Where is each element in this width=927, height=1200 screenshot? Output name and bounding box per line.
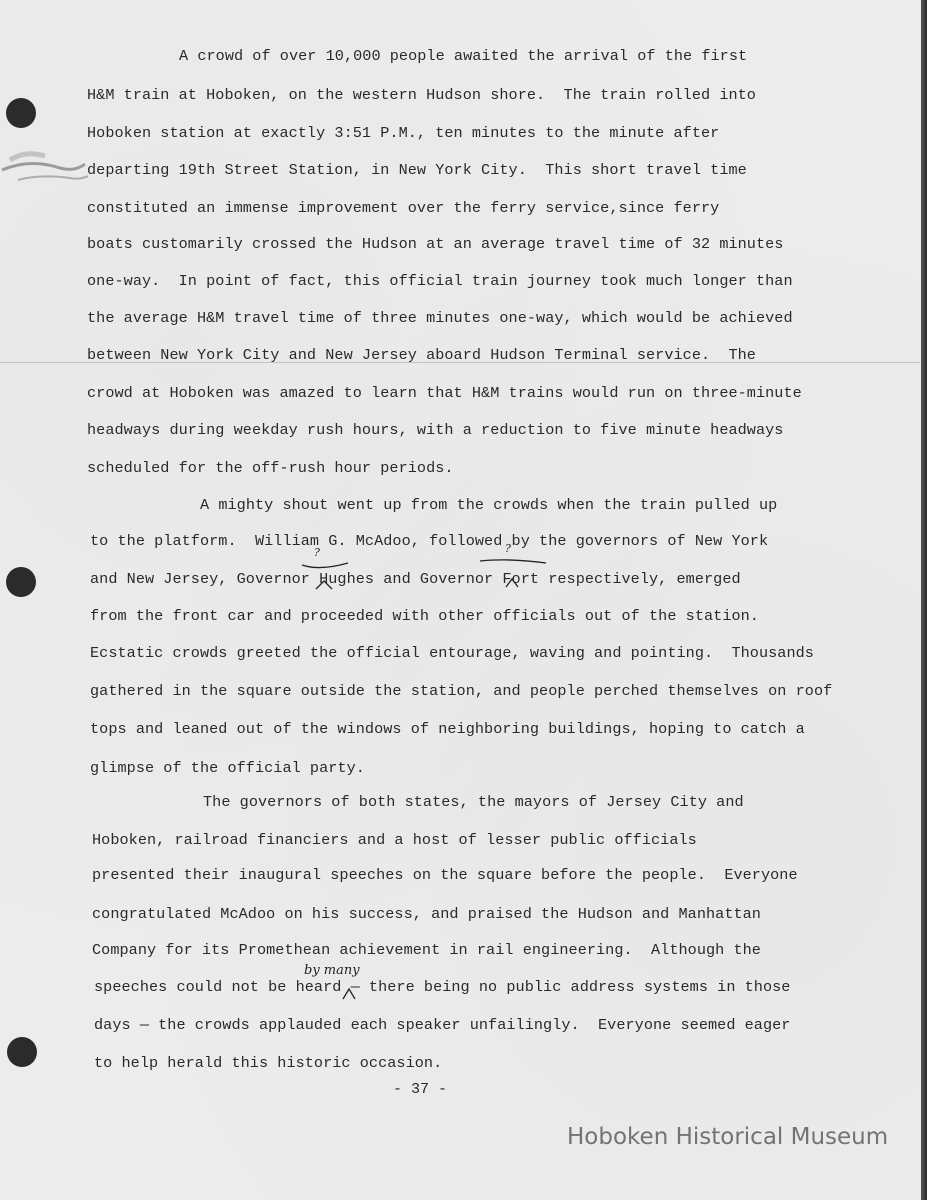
text-line: H&M train at Hoboken, on the western Hud… [87,86,756,104]
punch-hole-middle [6,567,36,597]
watermark: Hoboken Historical Museum [567,1124,888,1150]
page-edge-shadow [921,0,927,1200]
text-line: Company for its Promethean achievement i… [92,941,761,959]
ink-smudge [0,140,90,200]
text-line: the average H&M travel time of three min… [87,309,793,327]
text-line: A mighty shout went up from the crowds w… [200,496,777,514]
text-line: and New Jersey, Governor Hughes and Gove… [90,570,741,588]
page-number: - 37 - [393,1081,447,1098]
document-page: A crowd of over 10,000 people awaited th… [0,0,920,1200]
text-line: constituted an immense improvement over … [87,199,719,217]
text-line: between New York City and New Jersey abo… [87,346,756,364]
text-line: from the front car and proceeded with ot… [90,607,759,625]
text-line: to the platform. William G. McAdoo, foll… [90,532,768,550]
text-line: tops and leaned out of the windows of ne… [90,720,805,738]
annotation-question-1: ? [314,546,320,559]
text-line: Ecstatic crowds greeted the official ent… [90,644,814,662]
text-line: congratulated McAdoo on his success, and… [92,905,761,923]
text-line: The governors of both states, the mayors… [203,793,744,811]
punch-hole-top [6,98,36,128]
annotation-by-many: by many [304,963,360,978]
text-line: A crowd of over 10,000 people awaited th… [179,47,747,65]
text-line: gathered in the square outside the stati… [90,682,832,700]
text-line: Hoboken station at exactly 3:51 P.M., te… [87,124,719,142]
text-line: headways during weekday rush hours, with… [87,421,783,439]
punch-hole-bottom [7,1037,37,1067]
annotation-question-2: ? [505,542,511,555]
text-line: scheduled for the off-rush hour periods. [87,459,454,477]
text-line: boats customarily crossed the Hudson at … [87,235,783,253]
text-line: presented their inaugural speeches on th… [92,866,798,884]
handwritten-annotation-fort [478,553,558,595]
text-line: one-way. In point of fact, this official… [87,272,793,290]
text-line: days — the crowds applauded each speaker… [94,1016,790,1034]
text-line: glimpse of the official party. [90,759,365,777]
text-line: speeches could not be heard — there bein… [94,978,790,996]
text-line: departing 19th Street Station, in New Yo… [87,161,747,179]
text-line: crowd at Hoboken was amazed to learn tha… [87,384,802,402]
handwritten-annotation-hughes [300,555,370,595]
caret-insertion-mark [340,985,360,1001]
text-line: to help herald this historic occasion. [94,1054,442,1072]
text-line: Hoboken, railroad financiers and a host … [92,831,697,849]
